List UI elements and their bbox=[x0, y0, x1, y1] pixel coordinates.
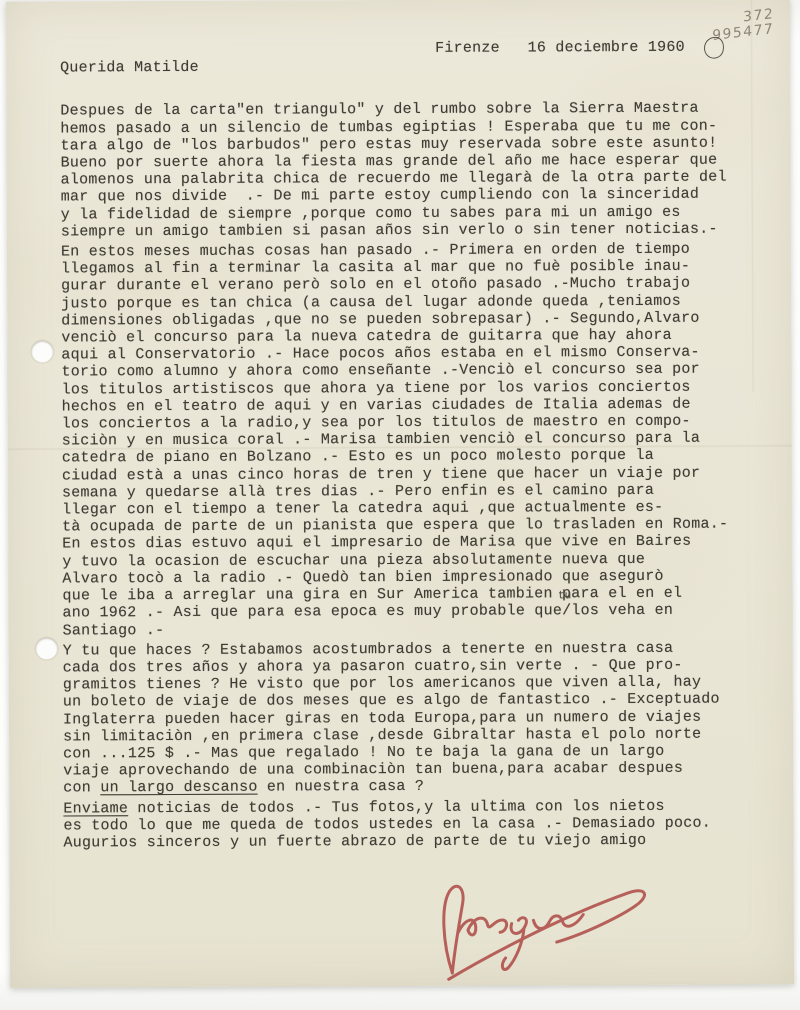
punch-hole-top bbox=[31, 341, 53, 363]
letter-line: siempre un amigo tambien si pasan años s… bbox=[61, 220, 761, 240]
greeting: Querida Matilde bbox=[60, 57, 760, 77]
letter-line: es todo lo que me queda de todos ustedes… bbox=[63, 814, 763, 834]
letter-line: con un largo descanso en nuestra casa ? bbox=[63, 777, 763, 797]
text-segment: ano 1962 .- Asi que para esa epoca es mu… bbox=[62, 603, 562, 622]
text-segment: viaje aprovechando de una combinaciòn ta… bbox=[63, 760, 683, 780]
handwritten-insert-note: tu bbox=[558, 592, 571, 602]
text-segment: en nuestra casa ? bbox=[258, 778, 425, 796]
letter-paper: 372 995477 Firenze 16 deciembre 1960 Que… bbox=[6, 0, 794, 988]
text-segment: con bbox=[63, 780, 100, 797]
letter-line: Santiago .- bbox=[63, 619, 763, 639]
scan-background: 372 995477 Firenze 16 deciembre 1960 Que… bbox=[0, 0, 800, 1010]
letter-line: Augurios sinceros y un fuerte abrazo de … bbox=[63, 831, 763, 851]
punch-hole-bottom bbox=[36, 637, 58, 659]
letter-line: ciudad està a unas cinco horas de tren y… bbox=[62, 464, 762, 484]
letter-line: En estos dias estuvo aqui el impresario … bbox=[62, 533, 762, 553]
paragraph: Y tu que haces ? Estabamos acostumbrados… bbox=[63, 639, 764, 797]
letter-line: viaje aprovechando de una combinaciòn ta… bbox=[63, 760, 763, 780]
text-segment: siempre un amigo tambien si pasan años s… bbox=[61, 220, 718, 240]
paragraph: En estos meses muchas cosas han pasado .… bbox=[61, 240, 763, 639]
text-segment: noticias de todos .- Tus fotos,y la ulti… bbox=[128, 797, 665, 816]
letter-line: siciòn y en musica coral .- Marisa tambi… bbox=[62, 430, 762, 450]
letter-line: ano 1962 .- Asi que para esa epoca es mu… bbox=[62, 602, 762, 622]
signature-scribble bbox=[431, 869, 673, 986]
paragraph: Enviame noticias de todos .- Tus fotos,y… bbox=[63, 797, 763, 852]
text-segment: Augurios sinceros y un fuerte abrazo de … bbox=[63, 832, 646, 852]
paragraph: Despues de la carta"en triangulo" y del … bbox=[60, 100, 761, 241]
letter-body: Despues de la carta"en triangulo" y del … bbox=[60, 100, 763, 852]
text-segment: Enviame bbox=[63, 800, 128, 817]
text-segment: /tu bbox=[562, 603, 571, 620]
letter-content: 372 995477 Firenze 16 deciembre 1960 Que… bbox=[6, 0, 794, 988]
text-segment: Santiago .- bbox=[63, 622, 165, 639]
text-segment: un largo descanso bbox=[100, 779, 257, 797]
text-segment: los veha en bbox=[571, 602, 673, 619]
